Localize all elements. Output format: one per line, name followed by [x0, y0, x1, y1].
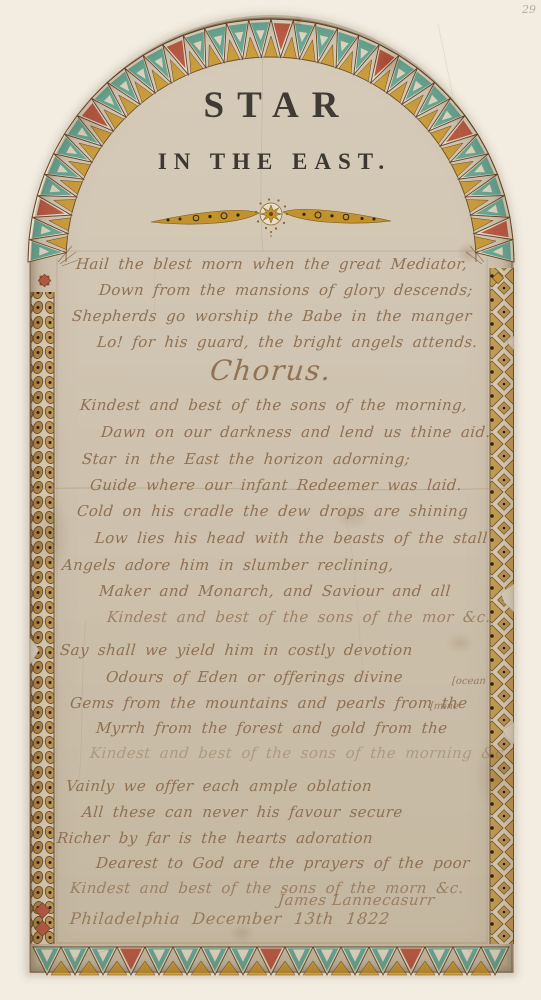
- verse-line: Hail the blest morn when the great Media…: [75, 255, 468, 273]
- inserted-word: [ocean: [452, 676, 487, 687]
- verse-line: Shepherds go worship the Babe in the man…: [71, 307, 473, 325]
- verse-line: All these can never his favour secure: [81, 803, 403, 821]
- verse-line: Dawn on our darkness and lend us thine a…: [100, 423, 491, 441]
- verse-line: Maker and Monarch, and Saviour and all: [98, 582, 451, 600]
- verse-line: Myrrh from the forest and gold from the: [95, 719, 448, 737]
- verse-line: Cold on his cradle the dew drops are shi…: [76, 502, 469, 520]
- manuscript-content: 29 STAR IN THE EAST. Hail the blest morn…: [0, 0, 541, 1000]
- verse-line: Kindest and best of the sons of the mor …: [106, 608, 491, 626]
- verse-line: Low lies his head with the beasts of the…: [94, 529, 488, 547]
- chorus-heading: Chorus.: [28, 354, 513, 387]
- verse-line: Angels adore him in slumber reclining,: [61, 556, 394, 574]
- verse-line: Lo! for his guard, the bright angels att…: [96, 333, 478, 351]
- verse-line: Say shall we yield him in costly devotio…: [59, 641, 413, 659]
- verse-line: Kindest and best of the sons of the morn…: [89, 744, 510, 762]
- archival-pencil-mark: 29: [522, 3, 536, 16]
- verse-line: Gems from the mountains and pearls from …: [69, 694, 468, 712]
- manuscript-scan: 29 STAR IN THE EAST. Hail the blest morn…: [0, 0, 541, 1000]
- verse-line: Dearest to God are the prayers of the po…: [95, 854, 470, 872]
- verse-line: Kindest and best of the sons of the morn…: [79, 396, 468, 414]
- verse-line: Down from the mansions of glory descends…: [98, 281, 474, 299]
- verse-line: Guide where our infant Redeemer was laid…: [89, 476, 463, 494]
- verse-line: Richer by far is the hearts adoration: [56, 829, 374, 847]
- subtitle: IN THE EAST.: [30, 149, 512, 175]
- place-date-line: Philadelphia December 13th 1822: [69, 909, 391, 928]
- signature: James Lannecasurr: [277, 891, 436, 909]
- title: STAR: [30, 84, 512, 127]
- verse-line: Vainly we offer each ample oblation: [65, 777, 373, 795]
- inserted-word: [mine: [430, 701, 460, 712]
- verse-line: Star in the East the horizon adorning;: [81, 450, 411, 468]
- verse-line: Odours of Eden or offerings divine: [105, 668, 403, 686]
